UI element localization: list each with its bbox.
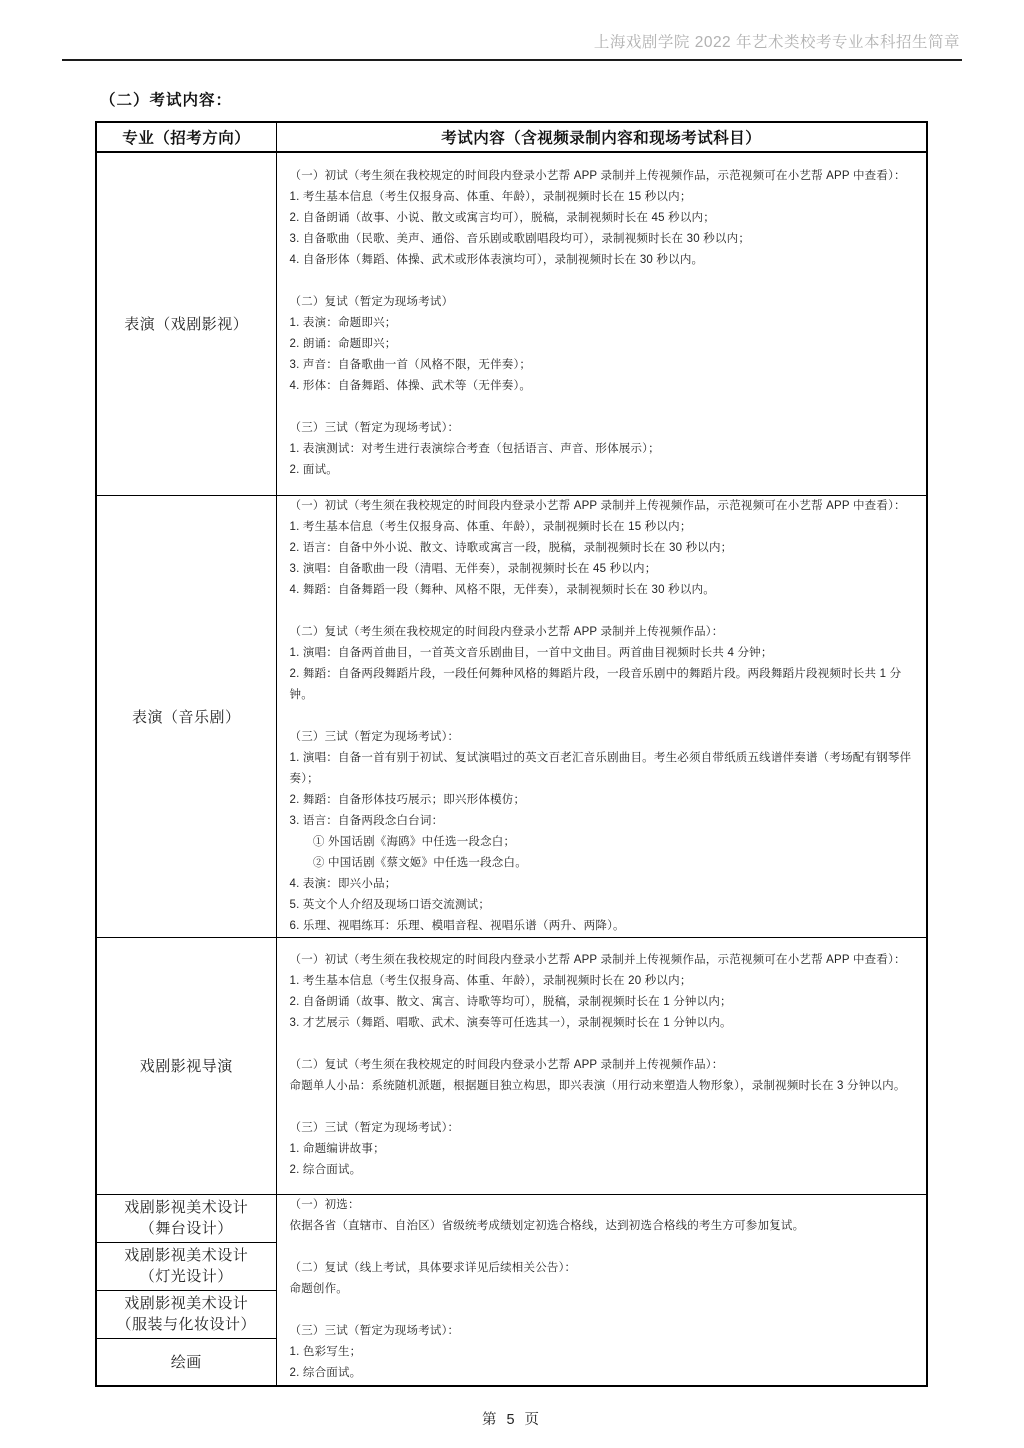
major-cell-painting: 绘画 bbox=[96, 1338, 276, 1386]
header-divider-line bbox=[62, 59, 962, 61]
exam-content-text: （一）初选：依据各省（直辖市、自治区）省级统考成绩划定初选合格线，达到初选合格线… bbox=[277, 1195, 927, 1384]
table-row-performance-musical: 表演（音乐剧） （一）初试（考生须在我校规定的时间段内登录小艺帮 APP 录制并… bbox=[96, 495, 927, 937]
major-cell-drama-film-directing: 戏剧影视导演 bbox=[96, 937, 276, 1194]
table-row-art-design-stage: 戏剧影视美术设计（舞台设计） （一）初选：依据各省（直辖市、自治区）省级统考成绩… bbox=[96, 1194, 927, 1242]
major-cell-performance-musical: 表演（音乐剧） bbox=[96, 495, 276, 937]
content-cell-performance-drama: （一）初试（考生须在我校规定的时间段内登录小艺帮 APP 录制并上传视频作品，示… bbox=[276, 152, 927, 495]
content-cell-drama-film-directing: （一）初试（考生须在我校规定的时间段内登录小艺帮 APP 录制并上传视频作品，示… bbox=[276, 937, 927, 1194]
table-row-performance-drama: 表演（戏剧影视） （一）初试（考生须在我校规定的时间段内登录小艺帮 APP 录制… bbox=[96, 152, 927, 495]
table-row-drama-film-directing: 戏剧影视导演 （一）初试（考生须在我校规定的时间段内登录小艺帮 APP 录制并上… bbox=[96, 937, 927, 1194]
exam-content-text: （一）初试（考生须在我校规定的时间段内登录小艺帮 APP 录制并上传视频作品，示… bbox=[277, 496, 927, 937]
column-header-major: 专业（招考方向） bbox=[96, 122, 276, 152]
exam-content-text: （一）初试（考生须在我校规定的时间段内登录小艺帮 APP 录制并上传视频作品，示… bbox=[277, 950, 927, 1181]
section-title: （二）考试内容： bbox=[100, 88, 1024, 110]
exam-content-table: 专业（招考方向） 考试内容（含视频录制内容和现场考试科目） 表演（戏剧影视） （… bbox=[95, 121, 928, 1387]
major-cell-art-design-lighting: 戏剧影视美术设计（灯光设计） bbox=[96, 1242, 276, 1290]
exam-content-text: （一）初试（考生须在我校规定的时间段内登录小艺帮 APP 录制并上传视频作品，示… bbox=[277, 166, 927, 481]
page-number: 第 5 页 bbox=[0, 1408, 1024, 1429]
major-cell-performance-drama: 表演（戏剧影视） bbox=[96, 152, 276, 495]
major-cell-art-design-stage: 戏剧影视美术设计（舞台设计） bbox=[96, 1194, 276, 1242]
document-page: 上海戏剧学院 2022 年艺术类校考专业本科招生简章 （二）考试内容： 专业（招… bbox=[0, 0, 1024, 1448]
major-cell-art-design-costume-makeup: 戏剧影视美术设计（服装与化妆设计） bbox=[96, 1290, 276, 1338]
content-cell-art-design-group: （一）初选：依据各省（直辖市、自治区）省级统考成绩划定初选合格线，达到初选合格线… bbox=[276, 1194, 927, 1386]
column-header-exam-content: 考试内容（含视频录制内容和现场考试科目） bbox=[276, 122, 927, 152]
document-header-title: 上海戏剧学院 2022 年艺术类校考专业本科招生简章 bbox=[0, 0, 1024, 52]
table-header-row: 专业（招考方向） 考试内容（含视频录制内容和现场考试科目） bbox=[96, 122, 927, 152]
content-cell-performance-musical: （一）初试（考生须在我校规定的时间段内登录小艺帮 APP 录制并上传视频作品，示… bbox=[276, 495, 927, 937]
